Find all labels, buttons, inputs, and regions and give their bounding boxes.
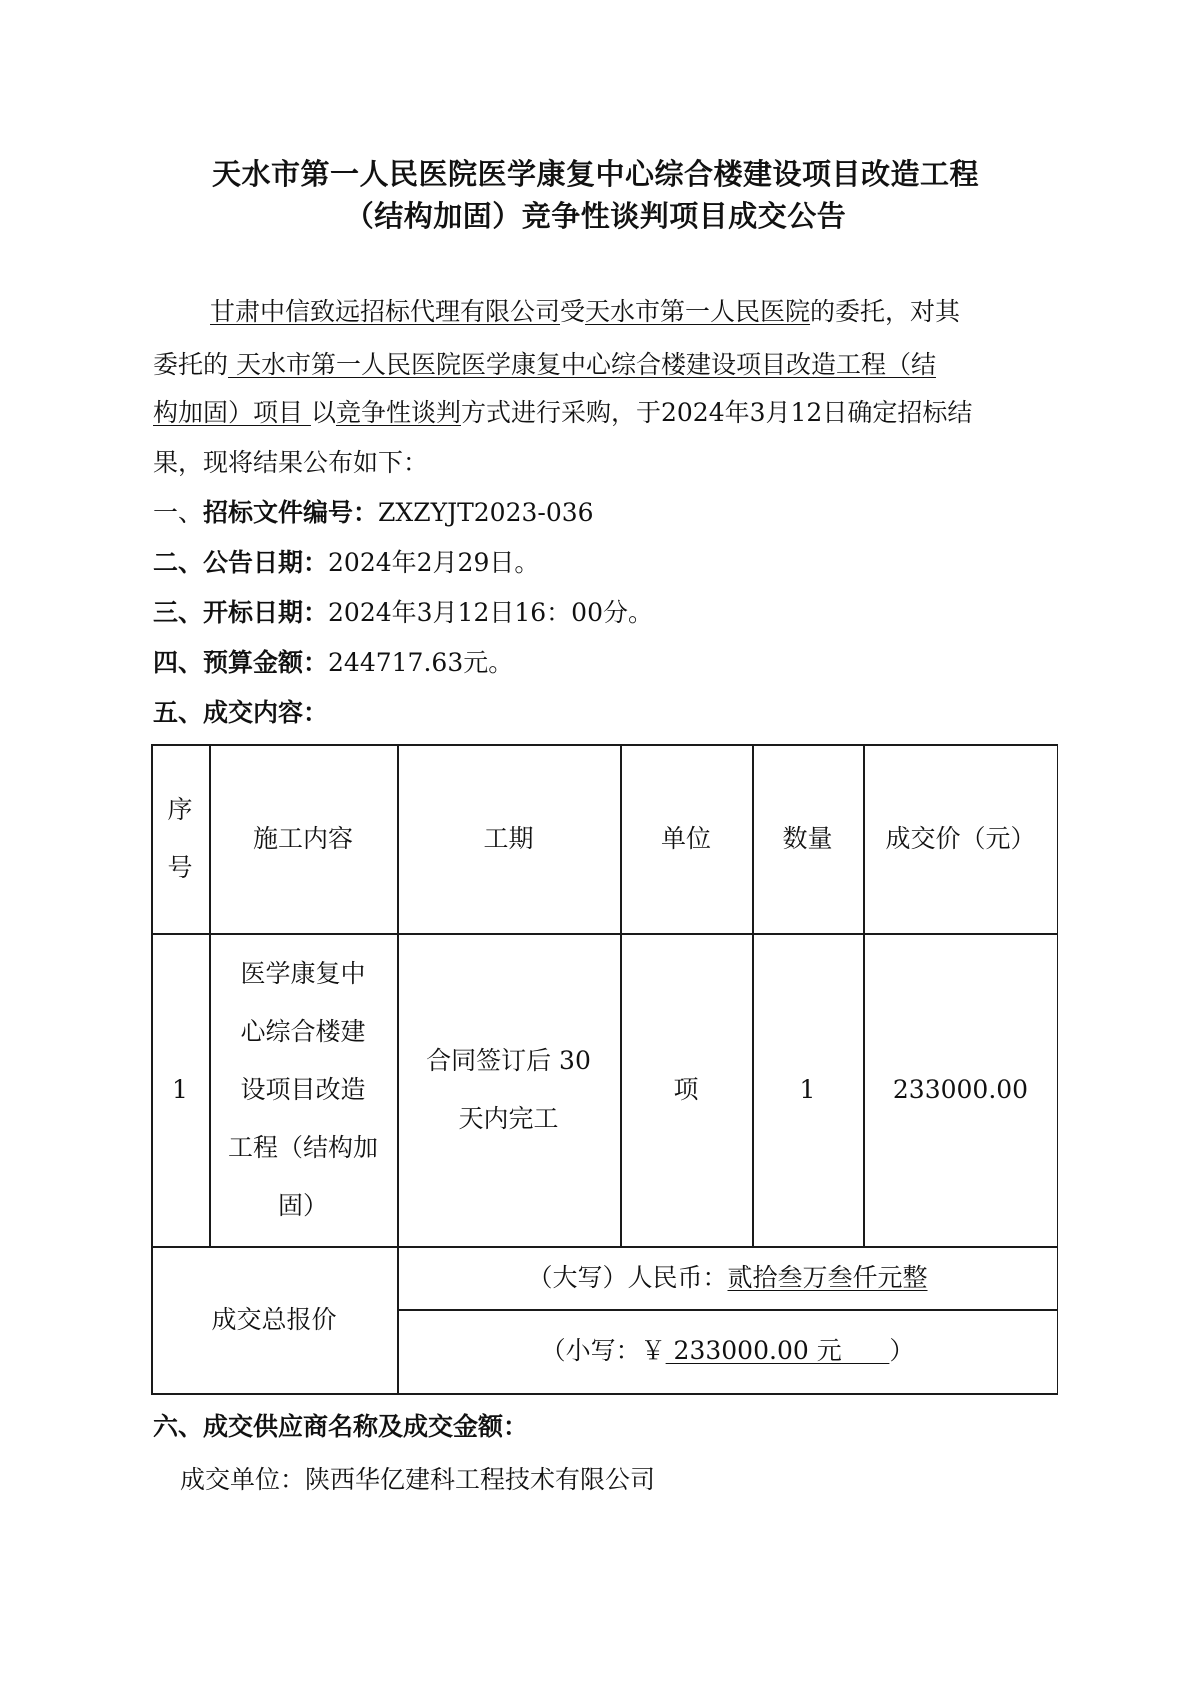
- document-title-line1: 天水市第一人民医院医学康复中心综合楼建设项目改造工程: [0, 152, 1191, 193]
- budget-value: 244717.63元。: [328, 648, 513, 677]
- deal-content-table: 序 号 施工内容 工期 单位 数量 成交价（元） 1 医学康复中 心综合楼建 设…: [151, 744, 1058, 1394]
- row-period: 合同签订后 30 天内完工: [397, 933, 620, 1246]
- row-seq: 1: [151, 933, 209, 1246]
- section-budget: 四、预算金额：244717.63元。: [153, 648, 513, 678]
- document-title-line2: （结构加固）竞争性谈判项目成交公告: [0, 194, 1191, 235]
- row-unit: 项: [620, 933, 752, 1246]
- agency-name: 甘肃中信致远招标代理有限公司: [210, 297, 560, 326]
- row-content: 医学康复中 心综合楼建 设项目改造 工程（结构加 固）: [209, 933, 397, 1246]
- total-label: 成交总报价: [151, 1246, 397, 1393]
- header-period: 工期: [397, 744, 620, 933]
- supplier-line: 成交单位：陕西华亿建科工程技术有限公司: [180, 1465, 655, 1495]
- section-supplier: 六、成交供应商名称及成交金额：: [153, 1412, 528, 1442]
- header-unit: 单位: [620, 744, 752, 933]
- row-quantity: 1: [752, 933, 863, 1246]
- project-name-part2: 构加固）项目: [153, 398, 311, 427]
- header-content: 施工内容: [209, 744, 397, 933]
- total-lower-value: 233000.00 元: [666, 1336, 890, 1365]
- supplier-name: 陕西华亿建科工程技术有限公司: [305, 1465, 655, 1494]
- announcement-date-value: 2024年2月29日。: [328, 548, 539, 577]
- header-seq: 序 号: [151, 744, 209, 933]
- row-price: 233000.00: [863, 933, 1058, 1246]
- section-tender-number: 一、招标文件编号：ZXZYJT2023-036: [153, 498, 594, 528]
- purchaser-name: 天水市第一人民医院: [585, 297, 810, 326]
- total-upper-case: （大写）人民币：贰拾叁万叁仟元整: [397, 1246, 1058, 1309]
- total-upper-value: 贰拾叁万叁仟元整: [728, 1263, 928, 1292]
- intro-line-3: 构加固）项目 以竞争性谈判方式进行采购，于2024年3月12日确定招标结: [153, 398, 972, 428]
- intro-line-2: 委托的 天水市第一人民医院医学康复中心综合楼建设项目改造工程（结: [153, 350, 936, 380]
- tender-number-value: ZXZYJT2023-036: [378, 498, 594, 527]
- intro-line-1: 甘肃中信致远招标代理有限公司受天水市第一人民医院的委托，对其: [210, 297, 960, 327]
- procurement-method: 竞争性谈判: [336, 398, 461, 427]
- intro-line-4: 果，现将结果公布如下：: [153, 448, 428, 478]
- header-quantity: 数量: [752, 744, 863, 933]
- project-name-part1: 天水市第一人民医院医学康复中心综合楼建设项目改造工程（结: [228, 350, 936, 379]
- header-price: 成交价（元）: [863, 744, 1058, 933]
- total-lower-case: （小写：￥ 233000.00 元 ）: [397, 1309, 1058, 1393]
- section-deal-content: 五、成交内容：: [153, 698, 328, 728]
- section-opening-date: 三、开标日期：2024年3月12日16：00分。: [153, 598, 653, 628]
- section-announcement-date: 二、公告日期：2024年2月29日。: [153, 548, 539, 578]
- opening-date-value: 2024年3月12日16：00分。: [328, 598, 653, 627]
